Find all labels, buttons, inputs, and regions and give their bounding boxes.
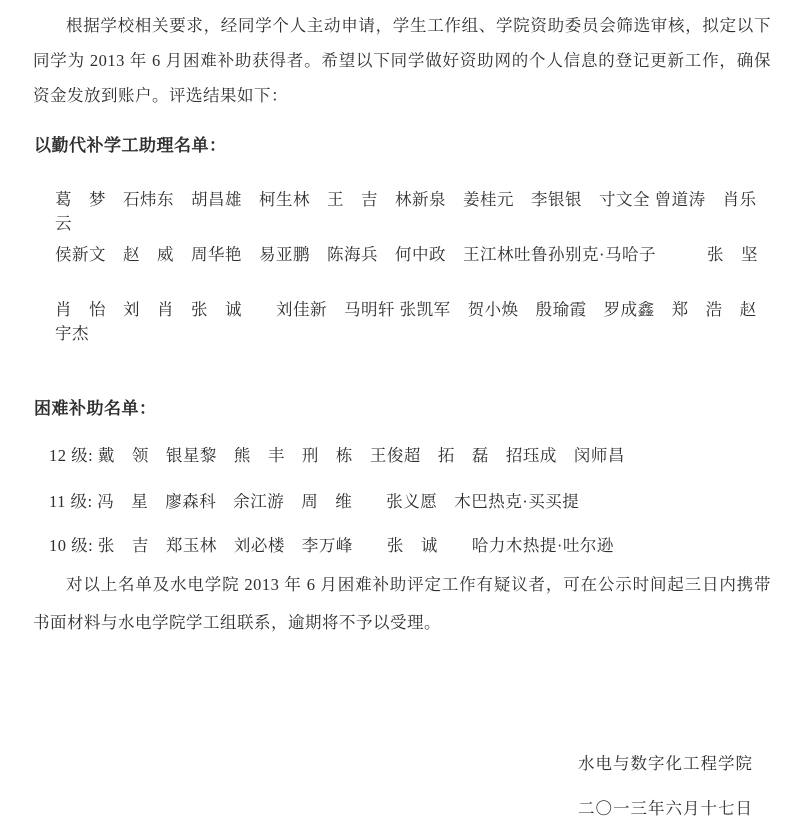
work-study-name-row: 肖 怡 刘 肖 张 诚 刘佳新 马明轩 张凯军 贺小焕 殷瑜霞 罗成鑫 郑 浩 … (55, 296, 765, 344)
work-study-name-row: 侯新文 赵 威 周华艳 易亚鹏 陈海兵 何中政 王江林吐鲁孙别克·马哈子 张 坚 (55, 241, 765, 265)
document-page: 根据学校相关要求，经同学个人主动申请，学生工作组、学院资助委员会筛选审核，拟定以… (0, 0, 800, 825)
work-study-section-title: 以勤代补学工助理名单： (34, 131, 227, 156)
intro-paragraph: 根据学校相关要求，经同学个人主动申请，学生工作组、学院资助委员会筛选审核，拟定以… (33, 8, 771, 113)
closing-paragraph: 对以上名单及水电学院 2013 年 6 月困难补助评定工作有疑议者，可在公示时间… (33, 566, 771, 642)
hardship-grade-row: 10 级: 张 吉 郑玉林 刘必楼 李万峰 张 诚 哈力木热提·吐尔逊 (49, 532, 759, 556)
signature-date: 二〇一三年六月十七日 (578, 795, 753, 819)
hardship-section-title: 困难补助名单： (34, 394, 157, 419)
work-study-name-row: 葛 梦 石炜东 胡昌雄 柯生林 王 吉 林新泉 姜桂元 李银银 寸文全 曾道涛 … (55, 186, 765, 234)
hardship-grade-row: 12 级: 戴 领 银星黎 熊 丰 刑 栋 王俊超 拓 磊 招珏成 闵师昌 (49, 442, 759, 466)
signature-organization: 水电与数字化工程学院 (578, 750, 753, 774)
hardship-grade-row: 11 级: 冯 星 廖森科 余江游 周 维 张义愿 木巴热克·买买提 (49, 488, 759, 512)
